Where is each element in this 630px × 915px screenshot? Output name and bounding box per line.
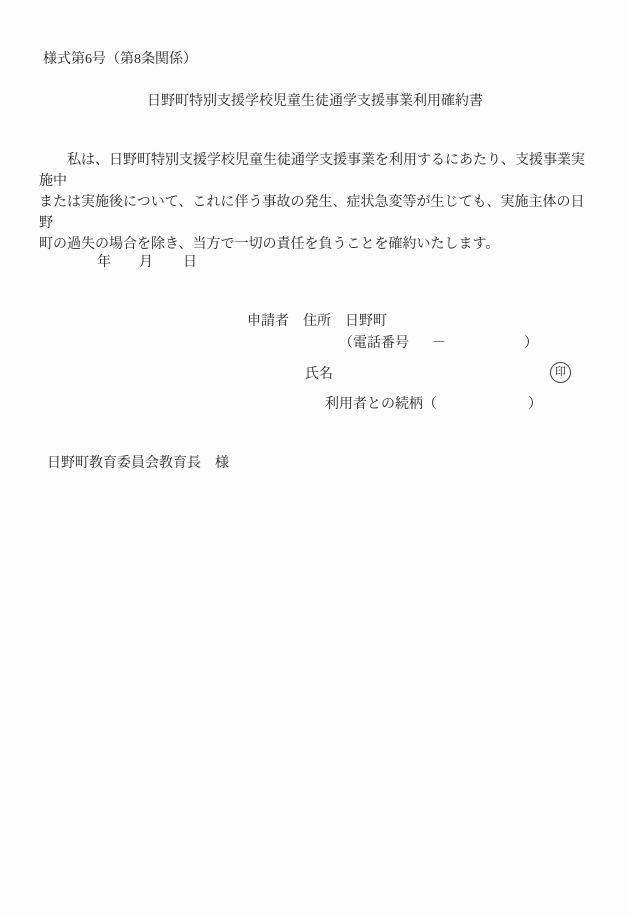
date-month-label: 月 [139,256,153,270]
phone-number-label: （電話番号 [339,337,409,351]
addressee-line: 日野町教育委員会教育長 様 [47,457,229,471]
name-label: 氏名 [305,368,333,382]
applicant-address-line: 申請者 住所 日野町 [247,315,387,329]
phone-number-dash: － [432,337,446,351]
body-paragraph-line-2: または実施後について、これに伴う事故の発生、症状急変等が生じても、実施主体の日野 [39,192,591,234]
document-title: 日野町特別支援学校児童生徒通学支援事業利用確約書 [0,95,630,109]
relation-to-user-label: 利用者との続柄（ [325,398,437,412]
form-number: 様式第6号（第8条関係） [43,53,197,67]
date-year-label: 年 [97,256,111,270]
seal-icon: 印 [550,362,571,383]
body-paragraph-line-3: 町の過失の場合を除き、当方で一切の責任を負うことを確約いたします。 [39,234,591,255]
date-day-label: 日 [183,256,197,270]
relation-to-user-close-paren: ） [528,398,542,412]
phone-number-close-paren: ） [524,337,538,351]
document-page: 様式第6号（第8条関係） 日野町特別支援学校児童生徒通学支援事業利用確約書 私は… [0,0,630,915]
body-paragraph: 私は、日野町特別支援学校児童生徒通学支援事業を利用するにあたり、支援事業実施中 … [39,150,591,255]
body-paragraph-line-1: 私は、日野町特別支援学校児童生徒通学支援事業を利用するにあたり、支援事業実施中 [39,150,591,192]
